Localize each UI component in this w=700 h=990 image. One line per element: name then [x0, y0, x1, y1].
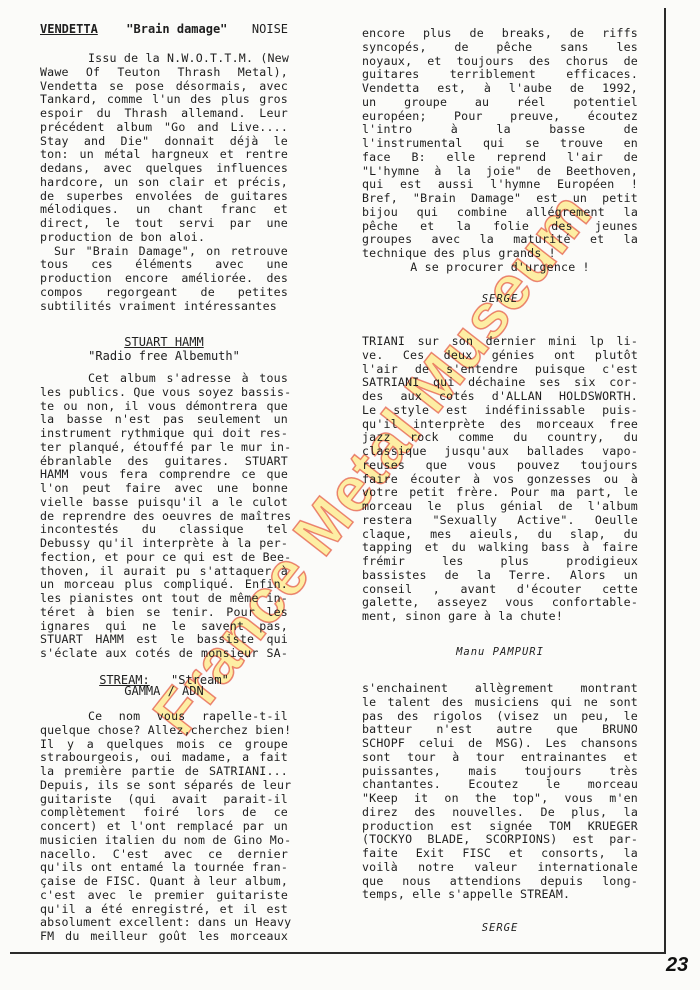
- text-line: qui est aussi l'hymne Européen !: [362, 178, 638, 192]
- text-line: production est signée TOM KRUEGER: [362, 820, 638, 834]
- text-line: encore plus de breaks, de riffs: [362, 27, 638, 41]
- text-line: direct, le tout servi par une: [40, 217, 288, 231]
- record-label: GAMMA / ADN: [40, 684, 288, 698]
- text-line: Le style est indéfinissable puis-: [362, 404, 638, 418]
- text-line: nacello. C'est avec ce dernier: [40, 848, 288, 862]
- text-line: production encore améliorée. des: [40, 272, 288, 286]
- vendetta-review-right-column: encore plus de breaks, de riffssyncopés,…: [362, 27, 638, 261]
- vendetta-heading: VENDETTA "Brain damage" NOISE: [40, 22, 288, 36]
- text-line: qu'il a été enregistré, et il est: [40, 903, 288, 917]
- text-line: syncopés, de pêche sans les: [362, 41, 638, 55]
- text-line: çaise de FISC. Quant à leur album,: [40, 875, 288, 889]
- text-line: "Keep it on the top", vous m'en: [362, 792, 638, 806]
- stuart-hamm-review-left-column: Cet album s'adresse à tousles publics. Q…: [40, 372, 288, 661]
- stuart-hamm-review-right-column: TRIANI sur son dernier mini lp li-ve. Ce…: [362, 335, 638, 624]
- album-title: "Radio free Albemuth": [40, 349, 288, 363]
- text-line: Tankard, comme l'un des plus gros: [40, 93, 288, 107]
- text-line: s'enchainent allègrement montrant: [362, 682, 638, 696]
- text-line: claque, mes aieuls, du slap, du: [362, 528, 638, 542]
- text-line: production de bon aloi.: [40, 231, 288, 245]
- text-line: frémir les plus prodigieux: [362, 555, 638, 569]
- page-border-vertical: [664, 8, 666, 954]
- text-line: voilà notre valeur internationale: [362, 861, 638, 875]
- text-line: ve. Ces deux génies ont plutôt: [362, 349, 638, 363]
- record-label: NOISE: [252, 22, 288, 36]
- text-line: fection, et pour ce qui est de Bee-: [40, 551, 288, 565]
- text-line: SATRIANI qui déchaine ses six cor-: [362, 376, 638, 390]
- text-line: FM du meilleur goût les morceaux: [40, 930, 288, 944]
- text-line: incontestés du classique tel: [40, 523, 288, 537]
- text-line: Il y a quelques mois ce groupe: [40, 738, 288, 752]
- text-line: tapping et du walking bass à faire: [362, 541, 638, 555]
- text-line: votre petit frère. Pour ma part, le: [362, 486, 638, 500]
- stuart-hamm-heading: STUART HAMM "Radio free Albemuth": [40, 335, 288, 363]
- text-line: conseil , avant d'écouter cette: [362, 583, 638, 597]
- text-line: Vendetta se pose désormais, avec: [40, 80, 288, 94]
- text-line: tous ces éléments avec une: [40, 258, 288, 272]
- text-line: TRIANI sur son dernier mini lp li-: [362, 335, 638, 349]
- text-line: complètement foiré lors de ce: [40, 806, 288, 820]
- text-line: direz des nouvelles. De plus, la: [362, 806, 638, 820]
- text-line: quelque chose? Allez,cherchez bien!: [40, 724, 288, 738]
- stream-heading: STREAM: "Stream" GAMMA / ADN: [40, 673, 288, 698]
- text-line: Stay and Die" donnait déjà le: [40, 135, 288, 149]
- text-line: téret à bien se tenir. Pour les: [40, 606, 288, 620]
- band-name: STUART HAMM: [124, 335, 203, 349]
- text-line: hardcore, un son clair et précis,: [40, 176, 288, 190]
- text-line: technique des plus grands !: [362, 247, 638, 261]
- text-line: restera "Sexually Active". Oeulle: [362, 514, 638, 528]
- text-line: bijou qui combine allégrement la: [362, 206, 638, 220]
- text-line: ter planqué, étouffé par le mur in-: [40, 441, 288, 455]
- text-line: européen; Pour preuve, écoutez: [362, 110, 638, 124]
- text-line: Bref, "Brain Damage" est un petit: [362, 192, 638, 206]
- vendetta-review-left-column: Issu de la N.W.O.T.T.M. (NewWawe Of Teut…: [40, 52, 288, 313]
- text-line: ignares qui ne le savent pas,: [40, 620, 288, 634]
- text-line: instrument rythmique qui doit res-: [40, 427, 288, 441]
- text-line: les publics. Que vous soyez bassis-: [40, 386, 288, 400]
- text-line: thoven, il aurait pu s'attaquer à: [40, 565, 288, 579]
- text-line: ment, sinon gare à la chute!: [362, 610, 638, 624]
- text-line: SCHOPF celui de MSG). Les chansons: [362, 737, 638, 751]
- text-line: précédent album "Go and Live....: [40, 121, 288, 135]
- text-line: batteur n'est autre que BRUNO: [362, 723, 638, 737]
- text-line: Debussy qu'il interprète à la per-: [40, 537, 288, 551]
- text-line: vielle basse puisqu'il a le culot: [40, 496, 288, 510]
- text-line: Wawe Of Teuton Thrash Metal),: [40, 66, 288, 80]
- page-border-horizontal: [10, 952, 666, 954]
- text-line: le talent des musiciens qui ne sont: [362, 696, 638, 710]
- text-line: Sur "Brain Damage", on retrouve: [40, 245, 288, 259]
- vendetta-author: SERGE: [362, 293, 638, 305]
- text-line: dedans, avec quelques influences: [40, 162, 288, 176]
- text-line: Cet album s'adresse à tous: [40, 372, 288, 386]
- text-line: l'instrumental qui se trouve en: [362, 137, 638, 151]
- text-line: pêche et la folie des jeunes: [362, 220, 638, 234]
- text-line: qu'il interprète des morceaux free: [362, 418, 638, 432]
- text-line: ébranlable des guitares. STUART: [40, 455, 288, 469]
- text-line: des aux cotés d'ALLAN HOLDSWORTH.: [362, 390, 638, 404]
- text-line: de superbes envolées de guitares: [40, 190, 288, 204]
- text-line: un groupe au réel potentiel: [362, 96, 638, 110]
- text-line: guitares terriblement efficaces.: [362, 68, 638, 82]
- text-line: s'éclate aux cotés de monsieur SA-: [40, 647, 288, 661]
- band-name: VENDETTA: [40, 22, 98, 36]
- text-line: bassistes de la Terre. Alors un: [362, 569, 638, 583]
- text-line: concert) et l'ont remplacé par un: [40, 820, 288, 834]
- album-title: "Brain damage": [126, 22, 227, 36]
- text-line: Ce nom vous rapelle-t-il: [40, 710, 288, 724]
- text-line: classique jusqu'aux ballades vapo-: [362, 445, 638, 459]
- page-number: 23: [666, 954, 688, 977]
- text-line: compos regorgeant de petites: [40, 286, 288, 300]
- text-line: que nous attendions depuis long-: [362, 875, 638, 889]
- text-line: mélodiques. un chant franc et: [40, 203, 288, 217]
- text-line: ton: un métal hargneux et rentre: [40, 148, 288, 162]
- text-line: l'intro à la basse de: [362, 123, 638, 137]
- text-line: qu'ils ont entamé la tournée fran-: [40, 861, 288, 875]
- text-line: subtilités vraiment intéressantes: [40, 300, 288, 314]
- text-line: galette, asseyez vous confortable-: [362, 596, 638, 610]
- stream-author: SERGE: [362, 922, 638, 934]
- text-line: reuses que vous pouvez toujours: [362, 459, 638, 473]
- text-line: temps, elle s'appelle STREAM.: [362, 888, 638, 902]
- text-line: sont tour à tour entrainantes et: [362, 751, 638, 765]
- text-line: l'on peut faire avec une bonne: [40, 482, 288, 496]
- stream-review-right-column: s'enchainent allègrement montrantle tale…: [362, 682, 638, 902]
- text-line: absolument excellent: dans un Heavy: [40, 916, 288, 930]
- text-line: chantantes. Ecoutez le morceau: [362, 778, 638, 792]
- text-line: faire écouter à vos gonzesses ou à: [362, 473, 638, 487]
- text-line: te ou non, il vous démontrera que: [40, 400, 288, 414]
- text-line: face B: elle reprend l'air de: [362, 151, 638, 165]
- stuart-hamm-author: Manu PAMPURI: [362, 646, 638, 658]
- text-line: l'air de s'entendre puisque c'est: [362, 363, 638, 377]
- text-line: un morceau plus compliqué. Enfin.: [40, 578, 288, 592]
- stream-review-left-column: Ce nom vous rapelle-t-ilquelque chose? A…: [40, 710, 288, 944]
- text-line: la première partie de SATRIANI...: [40, 765, 288, 779]
- text-line: les pianistes ont tout de même in-: [40, 592, 288, 606]
- text-line: strabourgeois, oui madame, a fait: [40, 751, 288, 765]
- text-line: morceau le plus génial de l'album: [362, 500, 638, 514]
- text-line: faite Exit FISC et consorts, la: [362, 847, 638, 861]
- text-line: c'est avec le premier guitariste: [40, 889, 288, 903]
- text-line: musicien italien du nom de Gino Mo-: [40, 834, 288, 848]
- text-line: HAMM vous fera comprendre ce que: [40, 468, 288, 482]
- text-line: groupes avec la maturité et la: [362, 233, 638, 247]
- text-line: Issu de la N.W.O.T.T.M. (New: [40, 52, 288, 66]
- text-line: Vendetta est, à l'aube de 1992,: [362, 82, 638, 96]
- text-line: guitariste (qui avait parait-il: [40, 793, 288, 807]
- vendetta-closing: A se procurer d'urgence !: [362, 261, 638, 275]
- text-line: puissantes, mais toujours très: [362, 765, 638, 779]
- text-line: pas des rigolos (visez un peu, le: [362, 710, 638, 724]
- text-line: noyaux, et toujours des chorus de: [362, 55, 638, 69]
- text-line: de reprendre des oeuvres de maîtres: [40, 510, 288, 524]
- text-line: (TOCKYO BLADE, SCORPIONS) est par-: [362, 833, 638, 847]
- text-line: Depuis, ils se sont séparés de leur: [40, 779, 288, 793]
- text-line: "L'hymne à la joie" de Beethoven,: [362, 165, 638, 179]
- text-line: la basse n'est pas seulement un: [40, 413, 288, 427]
- text-line: jazz rock comme du country, du: [362, 431, 638, 445]
- text-line: espoir du Thrash allemand. Leur: [40, 107, 288, 121]
- text-line: STUART HAMM est le bassiste qui: [40, 633, 288, 647]
